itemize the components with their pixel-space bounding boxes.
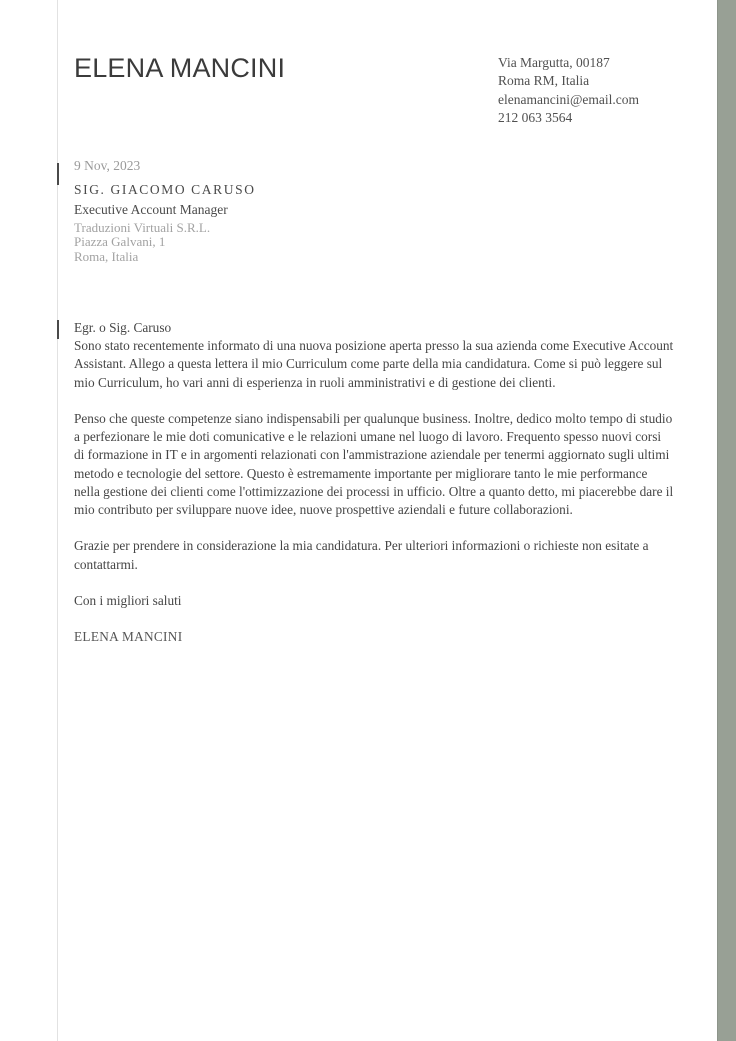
sender-address-line2: Roma RM, Italia bbox=[498, 72, 639, 90]
letter-body: Egr. o Sig. Caruso Sono stato recentemen… bbox=[74, 319, 674, 665]
body-paragraph: Grazie per prendere in considerazione la… bbox=[74, 537, 674, 573]
salutation-accent-marker bbox=[57, 320, 59, 339]
sender-address-line1: Via Margutta, 00187 bbox=[498, 54, 639, 72]
signature: ELENA MANCINI bbox=[74, 628, 674, 646]
sender-name: ELENA MANCINI bbox=[74, 51, 285, 85]
page-left-rule bbox=[57, 0, 58, 1041]
recipient-address: Traduzioni Virtuali S.R.L. Piazza Galvan… bbox=[74, 221, 210, 264]
decorative-sidebar bbox=[717, 0, 736, 1041]
recipient-city: Roma, Italia bbox=[74, 250, 210, 264]
recipient-title: Executive Account Manager bbox=[74, 201, 228, 219]
sender-contact-block: Via Margutta, 00187 Roma RM, Italia elen… bbox=[498, 54, 639, 127]
body-paragraph: Penso che queste competenze siano indisp… bbox=[74, 410, 674, 519]
sender-phone: 212 063 3564 bbox=[498, 109, 639, 127]
letter-date: 9 Nov, 2023 bbox=[74, 157, 140, 175]
date-accent-marker bbox=[57, 163, 59, 185]
body-paragraph: Sono stato recentemente informato di una… bbox=[74, 337, 674, 392]
sender-email: elenamancini@email.com bbox=[498, 91, 639, 109]
recipient-street: Piazza Galvani, 1 bbox=[74, 235, 210, 249]
recipient-name: SIG. GIACOMO CARUSO bbox=[74, 181, 256, 199]
closing: Con i migliori saluti bbox=[74, 592, 674, 610]
salutation: Egr. o Sig. Caruso bbox=[74, 319, 674, 337]
recipient-company: Traduzioni Virtuali S.R.L. bbox=[74, 221, 210, 235]
